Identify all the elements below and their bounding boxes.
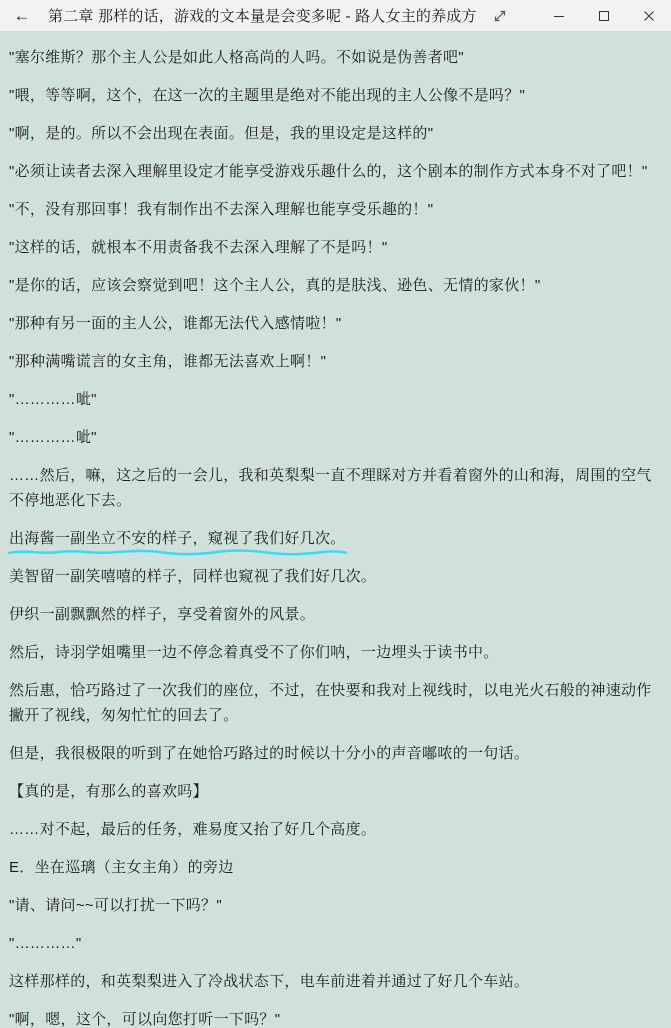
maximize-square-icon bbox=[598, 10, 610, 22]
paragraph: "…………呲" bbox=[9, 387, 662, 412]
window-controls bbox=[536, 0, 671, 31]
window-title: 第二章 那样的话，游戏的文本量是会变多呢 - 路人女主的养成方 bbox=[48, 5, 477, 26]
close-x-icon bbox=[643, 10, 655, 22]
paragraph: "啊，是的。所以不会出现在表面。但是，我的里设定是这样的" bbox=[9, 121, 662, 146]
paragraph: 然后惠，恰巧路过了一次我们的座位，不过，在快要和我对上视线时，以电光火石般的神速… bbox=[9, 678, 662, 728]
paragraph: "…………呲" bbox=[9, 425, 662, 450]
paragraph: "不，没有那回事！我有制作出不去深入理解也能享受乐趣的！" bbox=[9, 197, 662, 222]
paragraph: "是你的话，应该会察觉到吧！这个主人公，真的是肤浅、逊色、无情的家伙！" bbox=[9, 273, 662, 298]
paragraph: "喂，等等啊，这个，在这一次的主题里是绝对不能出现的主人公像不是吗？" bbox=[9, 83, 662, 108]
paragraph: "啊，嗯，这个，可以向您打听一下吗？" bbox=[9, 1007, 662, 1028]
paragraph: 美智留一副笑嘻嘻的样子，同样也窥视了我们好几次。 bbox=[9, 564, 662, 589]
back-button[interactable]: ← bbox=[0, 0, 44, 31]
paragraph: 这样那样的，和英梨梨进入了冷战状态下，电车前进着并通过了好几个车站。 bbox=[9, 969, 662, 994]
reader-content[interactable]: "塞尔维斯？那个主人公是如此人格高尚的人吗。不如说是伪善者吧""喂，等等啊，这个… bbox=[0, 31, 671, 1028]
paragraph: 但是，我很极限的听到了在她恰巧路过的时候以十分小的声音嘟哝的一句话。 bbox=[9, 741, 662, 766]
paragraph: "塞尔维斯？那个主人公是如此人格高尚的人吗。不如说是伪善者吧" bbox=[9, 45, 662, 70]
paragraph: 出海酱一副坐立不安的样子，窥视了我们好几次。 bbox=[9, 526, 662, 551]
paragraph: ……然后，嘛，这之后的一会儿，我和英梨梨一直不理睬对方并看着窗外的山和海，周围的… bbox=[9, 463, 662, 513]
minimize-line-icon bbox=[553, 10, 565, 22]
paragraph: "必须让读者去深入理解里设定才能享受游戏乐趣什么的，这个剧本的制作方式本身不对了… bbox=[9, 159, 662, 184]
paragraph: "…………" bbox=[9, 931, 662, 956]
paragraph: 伊织一副飘飘然的样子，享受着窗外的风景。 bbox=[9, 602, 662, 627]
close-button[interactable] bbox=[626, 0, 671, 31]
highlight-underline bbox=[7, 547, 349, 557]
paragraph: "那种有另一面的主人公，谁都无法代入感情啦！" bbox=[9, 311, 662, 336]
maximize-button[interactable] bbox=[581, 0, 626, 31]
diagonal-expand-icon[interactable] bbox=[491, 7, 509, 25]
paragraph: E．坐在巡璃（主女主角）的旁边 bbox=[9, 855, 662, 880]
paragraph: "那种满嘴谎言的女主角，谁都无法喜欢上啊！" bbox=[9, 349, 662, 374]
paragraph: 然后，诗羽学姐嘴里一边不停念着真受不了你们呐，一边埋头于读书中。 bbox=[9, 640, 662, 665]
paragraph: ……对不起，最后的任务，难易度又抬了好几个高度。 bbox=[9, 817, 662, 842]
titlebar: ← 第二章 那样的话，游戏的文本量是会变多呢 - 路人女主的养成方 bbox=[0, 0, 671, 31]
paragraph: "这样的话，就根本不用责备我不去深入理解了不是吗！" bbox=[9, 235, 662, 260]
paragraph: 【真的是，有那么的喜欢吗】 bbox=[9, 779, 662, 804]
minimize-button[interactable] bbox=[536, 0, 581, 31]
app-window: ← 第二章 那样的话，游戏的文本量是会变多呢 - 路人女主的养成方 bbox=[0, 0, 671, 1028]
arrow-left-icon: ← bbox=[14, 6, 31, 26]
paragraph: "请、请问~~可以打扰一下吗？" bbox=[9, 893, 662, 918]
